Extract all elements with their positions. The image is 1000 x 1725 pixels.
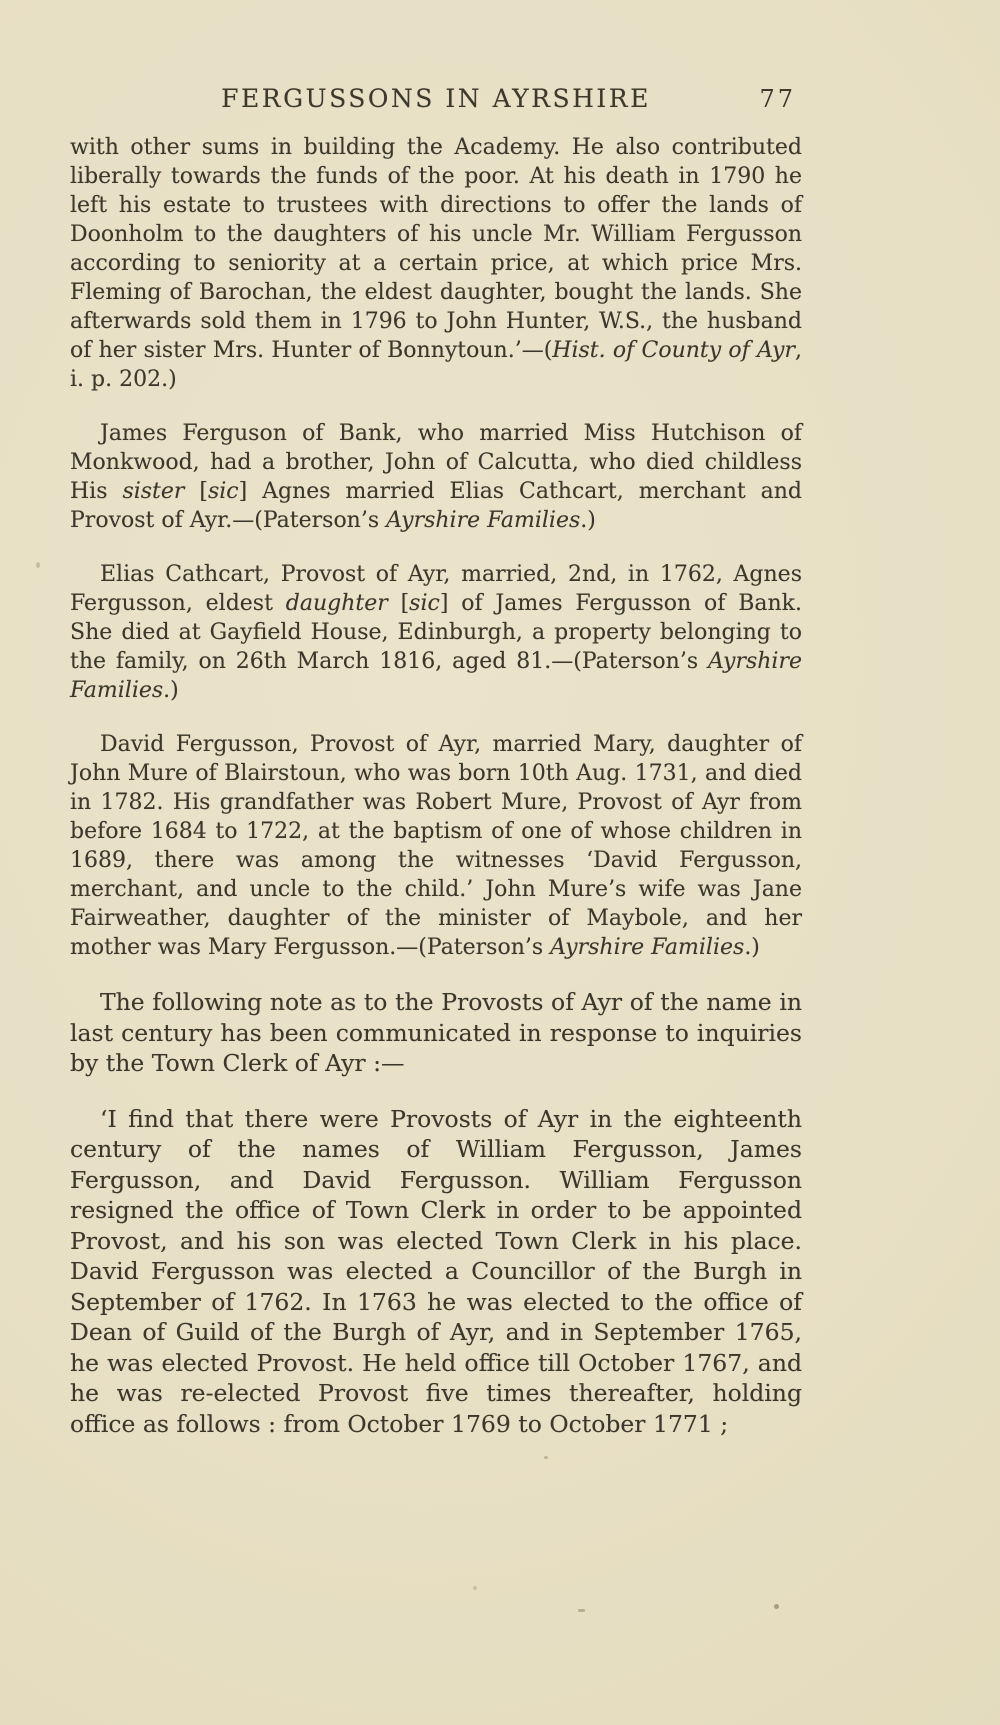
citation-close: .) <box>163 678 179 703</box>
text-block: with other sums in building the Academy.… <box>70 133 802 1464</box>
citation-close: .) <box>580 508 596 533</box>
running-title: FERGUSSONS IN AYRSHIRE <box>70 84 802 113</box>
paragraph-5-text: The following note as to the Provosts of… <box>70 988 802 1077</box>
citation-close: .) <box>744 935 760 960</box>
paper-speck <box>473 1586 477 1590</box>
paper-speck <box>36 562 40 568</box>
paragraph-5: The following note as to the Provosts of… <box>70 987 802 1079</box>
paper-speck <box>774 1604 779 1609</box>
emphasized-word: sister <box>122 479 184 504</box>
paragraph-6: ‘I find that there were Provosts of Ayr … <box>70 1104 802 1440</box>
page-number: 77 <box>759 85 796 113</box>
paper-speck <box>544 1456 548 1459</box>
citation-title: Ayrshire Families <box>550 935 744 960</box>
paragraph-6-text: ‘I find that there were Provosts of Ayr … <box>70 1105 802 1438</box>
paragraph-3: Elias Cathcart, Provost of Ayr, married,… <box>70 560 802 705</box>
bracket-open: [ <box>388 591 409 616</box>
paragraph-4: David Fergusson, Provost of Ayr, married… <box>70 730 802 962</box>
paper-speck <box>578 1609 585 1612</box>
bracket-open: [ <box>184 479 208 504</box>
book-page: FERGUSSONS IN AYRSHIRE 77 with other sum… <box>0 0 1000 1725</box>
sic-marker: sic <box>208 479 239 504</box>
paragraph-1: with other sums in building the Academy.… <box>70 133 802 394</box>
paragraph-4-text: David Fergusson, Provost of Ayr, married… <box>70 732 802 960</box>
page-header: FERGUSSONS IN AYRSHIRE 77 <box>70 84 802 118</box>
paragraph-2: James Ferguson of Bank, who married Miss… <box>70 419 802 535</box>
citation-title: Hist. of County of Ayr <box>552 338 795 363</box>
sic-marker: sic <box>409 591 440 616</box>
emphasized-word: daughter <box>286 591 388 616</box>
citation-title: Ayrshire Families <box>386 508 580 533</box>
paragraph-1-text: with other sums in building the Academy.… <box>70 135 802 363</box>
